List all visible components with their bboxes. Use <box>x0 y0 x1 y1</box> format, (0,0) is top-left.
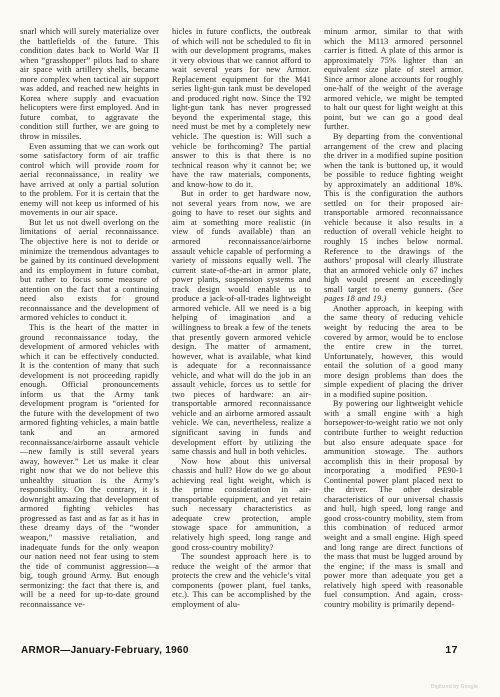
text-run: The soundest approach here is to reduce … <box>172 552 311 609</box>
page-footer: ARMOR—January-February, 1960 17 <box>21 644 458 656</box>
text-run: snarl which will surely materialize over… <box>20 27 159 141</box>
paragraph: Now how about this universal chassis and… <box>172 457 311 552</box>
text-run: This is the heart of the matter in groun… <box>20 323 159 609</box>
text-column-3: minum armor, similar to that with which … <box>324 27 463 629</box>
text-run: By powering our lightweight vehicle with… <box>324 399 463 608</box>
italic-text-run: room <box>126 161 144 170</box>
text-run: By departing from the conventional arran… <box>324 132 463 294</box>
paragraph: The soundest approach here is to reduce … <box>172 552 311 609</box>
paragraph: But in order to get hardware now, not se… <box>172 189 311 456</box>
paragraph: By powering our lightweight vehicle with… <box>324 399 463 609</box>
text-run: But let us not dwell overlong on the lim… <box>20 218 159 322</box>
text-column-1: snarl which will surely materialize over… <box>20 27 159 629</box>
magazine-page: snarl which will surely materialize over… <box>0 0 500 697</box>
page-number: 17 <box>445 644 458 656</box>
paragraph: minum armor, similar to that with which … <box>324 27 463 132</box>
paragraph: But let us not dwell overlong on the lim… <box>20 218 159 323</box>
digitized-watermark: Digitized by Google <box>431 684 478 690</box>
paragraph: This is the heart of the matter in groun… <box>20 323 159 609</box>
text-column-2: hicles in future conflicts, the outbreak… <box>172 27 311 629</box>
paragraph: hicles in future conflicts, the outbreak… <box>172 27 311 189</box>
text-run: hicles in future conflicts, the outbreak… <box>172 27 311 189</box>
journal-issue-line: ARMOR—January-February, 1960 <box>21 645 189 656</box>
paragraph: snarl which will surely materialize over… <box>20 27 159 142</box>
text-run: But in order to get hardware now, not se… <box>172 189 311 456</box>
paragraph: Another approach, in keeping with the sa… <box>324 304 463 399</box>
paragraph: Even assuming that we can work out some … <box>20 142 159 218</box>
paragraph: By departing from the conventional arran… <box>324 132 463 304</box>
text-run: Another approach, in keeping with the sa… <box>324 304 463 399</box>
text-run: minum armor, similar to that with which … <box>324 27 463 131</box>
text-run: Now how about this universal chassis and… <box>172 457 311 552</box>
article-body: snarl which will surely materialize over… <box>20 27 463 629</box>
